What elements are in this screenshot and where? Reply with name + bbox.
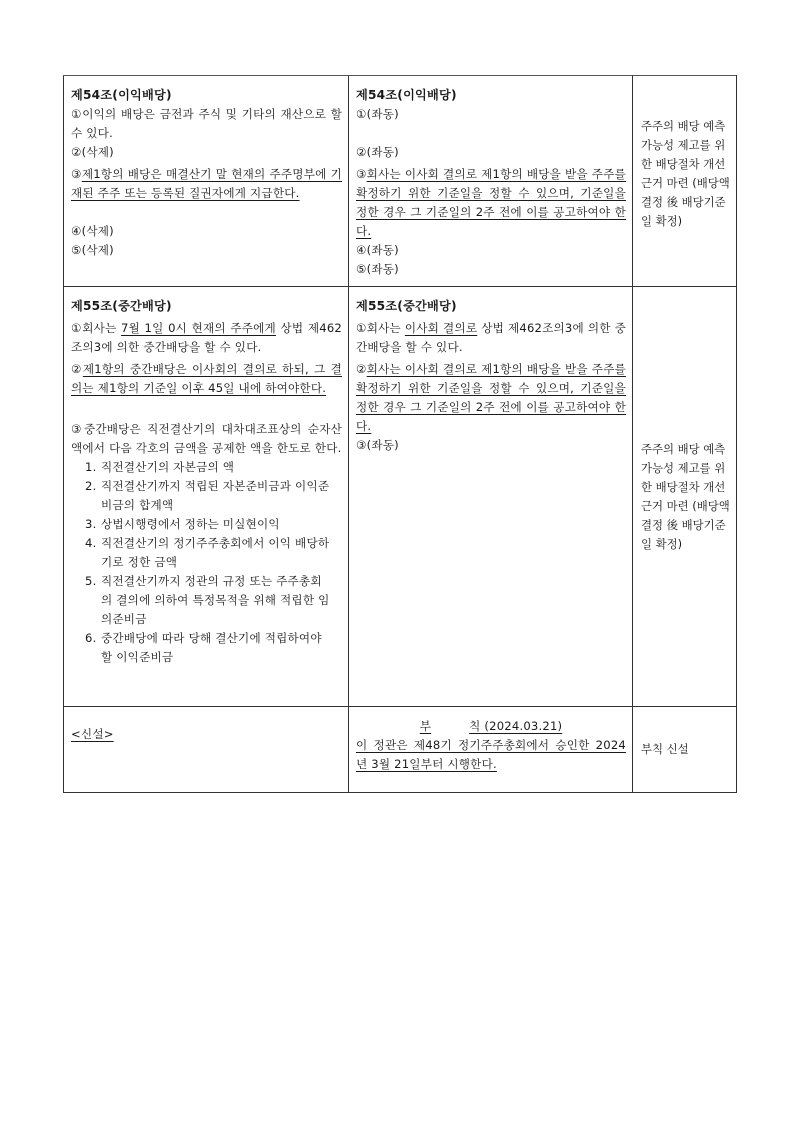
list-item: 5.직전결산기까지 정관의 규정 또는 주주총회의 결의에 의하여 특정목적을 … [71, 572, 342, 629]
amendment-reason: 주주의 배당 예측 가능성 제고를 위한 배당절차 개선 근거 마련 (배당액 … [633, 117, 736, 245]
old-article-54-cell: 제54조(이익배당) ①이익의 배당은 금전과 주식 및 기타의 재산으로 할 … [64, 76, 349, 287]
list-number: 5. [85, 572, 101, 629]
list-item: 3.상법시행령에서 정하는 미실현이익 [71, 515, 342, 534]
paragraph-1: ①(좌동) [356, 105, 626, 124]
list-number: 1. [85, 458, 101, 477]
amendment-reason: 부칙 신설 [633, 740, 736, 759]
underlined-paragraph-text: 제1항의 배당은 매결산기 말 현재의 주주명부에 기재된 주주 또는 등록된 … [71, 167, 342, 200]
article-title: 제55조(중간배당) [71, 297, 342, 316]
deduction-items-list: 1.직전결산기의 자본금의 액 2.직전결산기까지 적립된 자본준비금과 이익준… [71, 458, 342, 667]
paragraph-3: ③회사는 이사회 결의로 제1항의 배당을 받을 주주를 확정하기 위한 기준일… [356, 165, 626, 241]
amendment-reason: 주주의 배당 예측 가능성 제고를 위한 배당절차 개선 근거 마련 (배당액 … [633, 440, 736, 554]
paragraph-marker: ② [356, 362, 367, 376]
paragraph-text: (좌동) [367, 262, 399, 276]
spacer [71, 203, 342, 222]
paragraph-4: ④(삭제) [71, 222, 342, 241]
paragraph-marker: ③ [71, 167, 82, 181]
paragraph-text: 이익의 배당은 금전과 주식 및 기타의 재산으로 할 수 있다. [71, 107, 342, 140]
paragraph-marker: ① [71, 107, 82, 121]
list-item: 6.중간배당에 따라 당해 결산기에 적립하여야 할 이익준비금 [71, 629, 342, 667]
paragraph-2: ②제1항의 중간배당은 이사회의 결의로 하되, 그 결의는 제1항의 기준일 … [71, 360, 342, 398]
list-text: 중간배당에 따라 당해 결산기에 적립하여야 할 이익준비금 [101, 629, 342, 667]
list-text: 직전결산기까지 적립된 자본준비금과 이익준비금의 합계액 [101, 477, 342, 515]
table-row-supplementary: <신설> 부칙 (2024.03.21) 이 정관은 제48기 정기주주총회에서… [64, 707, 737, 793]
list-item: 2.직전결산기까지 적립된 자본준비금과 이익준비금의 합계액 [71, 477, 342, 515]
paragraph-marker: ① [356, 107, 367, 121]
newly-established-label: <신설> [71, 727, 114, 741]
paragraph-2: ②(좌동) [356, 143, 626, 162]
spacer [356, 124, 626, 143]
paragraph-marker: ④ [356, 243, 367, 257]
paragraph-3: ③(좌동) [356, 436, 626, 455]
paragraph-marker: ① [356, 321, 367, 335]
reason-cell: 주주의 배당 예측 가능성 제고를 위한 배당절차 개선 근거 마련 (배당액 … [633, 76, 737, 287]
old-article-55-cell: 제55조(중간배당) ①회사는 7월 1일 0시 현재의 주주에게 상법 제46… [64, 287, 349, 707]
paragraph-text: 회사는 [82, 321, 121, 335]
underlined-paragraph-text: 제1항의 중간배당은 이사회의 결의로 하되, 그 결의는 제1항의 기준일 이… [71, 362, 342, 395]
paragraph-text: 중간배당은 직전결산기의 대차대조표상의 순자산액에서 다음 각호의 금액을 공… [71, 422, 342, 455]
paragraph-marker: ② [71, 145, 82, 159]
list-item: 4.직전결산기의 정기주주총회에서 이익 배당하기로 정한 금액 [71, 534, 342, 572]
new-article-54-cell: 제54조(이익배당) ①(좌동) ②(좌동) ③회사는 이사회 결의로 제1항의… [349, 76, 633, 287]
paragraph-marker: ③ [356, 438, 367, 452]
paragraph-5: ⑤(삭제) [71, 241, 342, 260]
list-text: 직전결산기의 자본금의 액 [101, 458, 342, 477]
paragraph-marker: ③ [71, 422, 84, 436]
list-number: 4. [85, 534, 101, 572]
paragraph-marker: ④ [71, 224, 82, 238]
paragraph-text: (좌동) [367, 438, 399, 452]
paragraph-1: ①회사는 이사회 결의로 상법 제462조의3에 의한 중간배당을 할 수 있다… [356, 319, 626, 357]
reason-cell: 주주의 배당 예측 가능성 제고를 위한 배당절차 개선 근거 마련 (배당액 … [633, 287, 737, 707]
paragraph-2: ②회사는 이사회 결의로 제1항의 배당을 받을 주주를 확정하기 위한 기준일… [356, 360, 626, 436]
paragraph-text: (삭제) [82, 243, 114, 257]
underlined-paragraph-text: 회사는 이사회 결의로 제1항의 배당을 받을 주주를 확정하기 위한 기준일을… [356, 167, 626, 238]
new-supplementary-cell: 부칙 (2024.03.21) 이 정관은 제48기 정기주주총회에서 승인한 … [349, 707, 633, 793]
paragraph-text: 회사는 [367, 321, 405, 335]
heading-part: 부 [420, 719, 431, 733]
article-title: 제55조(중간배당) [356, 297, 626, 316]
paragraph-5: ⑤(좌동) [356, 260, 626, 279]
paragraph-4: ④(좌동) [356, 241, 626, 260]
paragraph-2: ②(삭제) [71, 143, 342, 162]
supplementary-text: 이 정관은 제48기 정기주주총회에서 승인한 2024년 3월 21일부터 시… [356, 736, 626, 774]
paragraph-marker: ② [71, 362, 83, 376]
paragraph-text: (좌동) [367, 107, 399, 121]
heading-part: 칙 (2024.03.21) [469, 719, 562, 733]
paragraph-marker: ② [356, 145, 367, 159]
paragraph-marker: ⑤ [71, 243, 82, 257]
paragraph-marker: ③ [356, 167, 367, 181]
underlined-text: 이사회 결의로 [405, 321, 477, 335]
supplementary-heading-text: 부칙 (2024.03.21) [420, 719, 563, 733]
paragraph-1: ①회사는 7월 1일 0시 현재의 주주에게 상법 제462조의3에 의한 중간… [71, 319, 342, 357]
table-row-article-55: 제55조(중간배당) ①회사는 7월 1일 0시 현재의 주주에게 상법 제46… [64, 287, 737, 707]
paragraph-text: (삭제) [82, 145, 114, 159]
table-row-article-54: 제54조(이익배당) ①이익의 배당은 금전과 주식 및 기타의 재산으로 할 … [64, 76, 737, 287]
article-title: 제54조(이익배당) [71, 86, 342, 105]
paragraph-1: ①이익의 배당은 금전과 주식 및 기타의 재산으로 할 수 있다. [71, 105, 342, 143]
list-text: 상법시행령에서 정하는 미실현이익 [101, 515, 342, 534]
paragraph-marker: ① [71, 321, 82, 335]
reason-cell: 부칙 신설 [633, 707, 737, 793]
paragraph-text: (삭제) [82, 224, 114, 238]
underlined-paragraph-text: 회사는 이사회 결의로 제1항의 배당을 받을 주주를 확정하기 위한 기준일을… [356, 362, 626, 433]
list-text: 직전결산기까지 정관의 규정 또는 주주총회의 결의에 의하여 특정목적을 위해… [101, 572, 342, 629]
underlined-paragraph-text: 이 정관은 제48기 정기주주총회에서 승인한 2024년 3월 21일부터 시… [356, 738, 626, 771]
underlined-text: 7월 1일 0시 현재의 주주에게 [121, 321, 276, 335]
spacer [71, 398, 342, 417]
paragraph-text: (좌동) [367, 145, 399, 159]
paragraph-marker: ⑤ [356, 262, 367, 276]
paragraph-3: ③중간배당은 직전결산기의 대차대조표상의 순자산액에서 다음 각호의 금액을 … [71, 420, 342, 458]
articles-amendment-table: 제54조(이익배당) ①이익의 배당은 금전과 주식 및 기타의 재산으로 할 … [63, 75, 737, 793]
list-number: 6. [85, 629, 101, 667]
supplementary-heading: 부칙 (2024.03.21) [356, 717, 626, 736]
old-supplementary-cell: <신설> [64, 707, 349, 793]
list-number: 2. [85, 477, 101, 515]
article-title: 제54조(이익배당) [356, 86, 626, 105]
paragraph-text: (좌동) [367, 243, 399, 257]
new-article-55-cell: 제55조(중간배당) ①회사는 이사회 결의로 상법 제462조의3에 의한 중… [349, 287, 633, 707]
paragraph-3: ③제1항의 배당은 매결산기 말 현재의 주주명부에 기재된 주주 또는 등록된… [71, 165, 342, 203]
list-text: 직전결산기의 정기주주총회에서 이익 배당하기로 정한 금액 [101, 534, 342, 572]
list-number: 3. [85, 515, 101, 534]
list-item: 1.직전결산기의 자본금의 액 [71, 458, 342, 477]
